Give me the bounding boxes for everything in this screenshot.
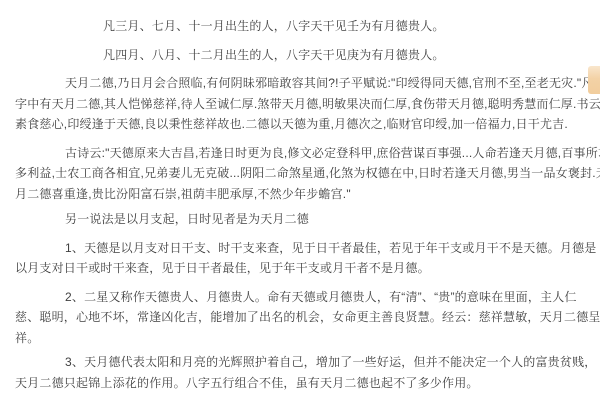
paragraph-numbered-point-2: 2、二星又称作天德贵人、月德贵人。命有天德或月德贵人，有“清”、“贵”的意味在里… — [15, 287, 600, 349]
paragraph-alternative-method-note: 另一说法是以月支起，日时见者是为天月二德 — [15, 209, 600, 230]
text-line: 慈、聪明，心地不坏，常逢凶化吉，能增加了出名的机会，女命更主善良贤慧。经云：慈祥… — [15, 307, 600, 328]
paragraph-month-virtue-rule-2: 凡四月、八月、十二月出生的人，八字天干见庚为有月德贵人。 — [15, 45, 600, 66]
text-line: 1、天德是以月支对日干支、时干支来查，见于日干者最佳，若见于年干支或月干不是天德… — [15, 238, 600, 259]
text-line: 3、天月德代表太阳和月亮的光辉照护着自己，增加了一些好运，但并不能决定一个人的富… — [15, 352, 600, 373]
text-line: 天月二德只起锦上添花的作用。八字五行组合不佳，虽有天月二德也起不了多少作用。 — [15, 373, 600, 394]
paragraph-numbered-point-3: 3、天月德代表太阳和月亮的光辉照护着自己，增加了一些好运，但并不能决定一个人的富… — [15, 352, 600, 393]
article-body: 凡三月、七月、十一月出生的人，八字天干见壬为有月德贵人。 凡四月、八月、十二月出… — [0, 0, 600, 400]
text-line: 凡四月、八月、十二月出生的人，八字天干见庚为有月德贵人。 — [15, 45, 600, 66]
text-line: 字中有天月二德,其人恺悌慈祥,待人至诚仁厚.煞带天月德,明敏果决而仁厚,食伤带天… — [15, 94, 600, 115]
paragraph-tianyue-erde-intro: 天月二德,乃日月会合照临,有何阴昧邪暗敢容其间?!子平赋说:"印绶得同天德,官刑… — [15, 73, 600, 135]
paragraph-numbered-point-1: 1、天德是以月支对日干支、时干支来查，见于日干者最佳，若见于年干支或月干不是天德… — [15, 238, 600, 279]
text-line: 古诗云:"天德原来大吉昌,若逢日时更为良,修文必定登科甲,庶俗营谋百事强...人… — [15, 143, 600, 164]
text-line: 另一说法是以月支起，日时见者是为天月二德 — [15, 209, 600, 230]
text-line: 以月支对日干或时干来查，见于日干者最佳，见于年干支或月干者不是月德。 — [15, 258, 600, 279]
text-line: 月二德喜重逢,贵比汾阳富石崇,祖荫丰肥承厚,不然少年步蟾宫." — [15, 184, 600, 205]
text-line: 多利益,士农工商各相宜,兄弟妻儿无克破...阴阳二命煞星通,化煞为权德在中,日时… — [15, 163, 600, 184]
paragraph-month-virtue-rule-1: 凡三月、七月、十一月出生的人，八字天干见壬为有月德贵人。 — [15, 16, 600, 37]
text-line: 2、二星又称作天德贵人、月德贵人。命有天德或月德贵人，有“清”、“贵”的意味在里… — [15, 287, 600, 308]
text-line: 素食慈心,印绶逢于天德,良以秉性慈祥故也.二德以天德为重,月德次之,临财官印绶,… — [15, 114, 600, 135]
text-line: 凡三月、七月、十一月出生的人，八字天干见壬为有月德贵人。 — [15, 16, 600, 37]
clipped-edge-image-fragment — [588, 66, 600, 94]
paragraph-ancient-poem-quote: 古诗云:"天德原来大吉昌,若逢日时更为良,修文必定登科甲,庶俗营谋百事强...人… — [15, 143, 600, 205]
text-line: 天月二德,乃日月会合照临,有何阴昧邪暗敢容其间?!子平赋说:"印绶得同天德,官刑… — [15, 73, 600, 94]
text-line: 祥。 — [15, 328, 600, 349]
